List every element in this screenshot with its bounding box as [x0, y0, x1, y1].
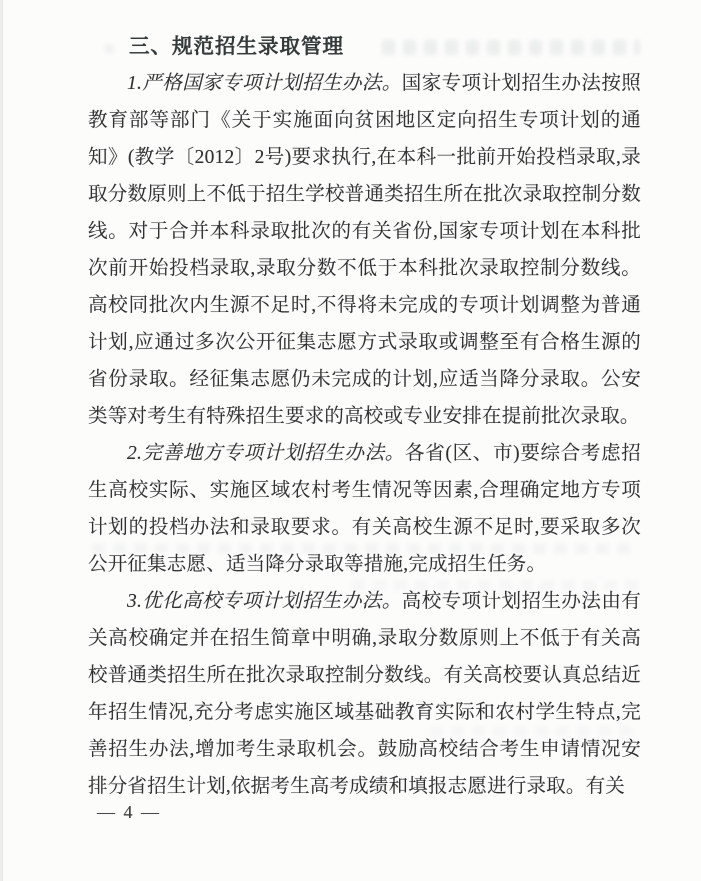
paragraph-1-lead: 1.严格国家专项计划招生办法。 — [127, 73, 402, 94]
page-number: — 4 — — [97, 800, 161, 824]
scan-edge-line — [2, 0, 3, 881]
section-heading: 三、规范招生录取管理 — [88, 28, 641, 65]
paragraph-local-plan: 2.完善地方专项计划招生办法。各省(区、市)要综合考虑招生高校实际、实施区域农村… — [88, 435, 641, 583]
paragraph-2-lead: 2.完善地方专项计划招生办法。 — [127, 443, 405, 464]
paragraph-university-plan: 3.优化高校专项计划招生办法。高校专项计划招生办法由有关高校确定并在招生简章中明… — [88, 583, 641, 805]
paragraph-1-text: 国家专项计划招生办法按照教育部等部门《关于实施面向贫困地区定向招生专项计划的通知… — [88, 73, 641, 427]
document-body: 三、规范招生录取管理 1.严格国家专项计划招生办法。国家专项计划招生办法按照教育… — [88, 28, 641, 805]
paragraph-3-lead: 3.优化高校专项计划招生办法。 — [127, 591, 402, 612]
scanned-document-page: 三、规范招生录取管理 1.严格国家专项计划招生办法。国家专项计划招生办法按照教育… — [0, 0, 701, 881]
paragraph-national-plan: 1.严格国家专项计划招生办法。国家专项计划招生办法按照教育部等部门《关于实施面向… — [88, 65, 641, 435]
paragraph-3-text: 高校专项计划招生办法由有关高校确定并在招生简章中明确,录取分数原则上不低于有关高… — [88, 591, 641, 797]
